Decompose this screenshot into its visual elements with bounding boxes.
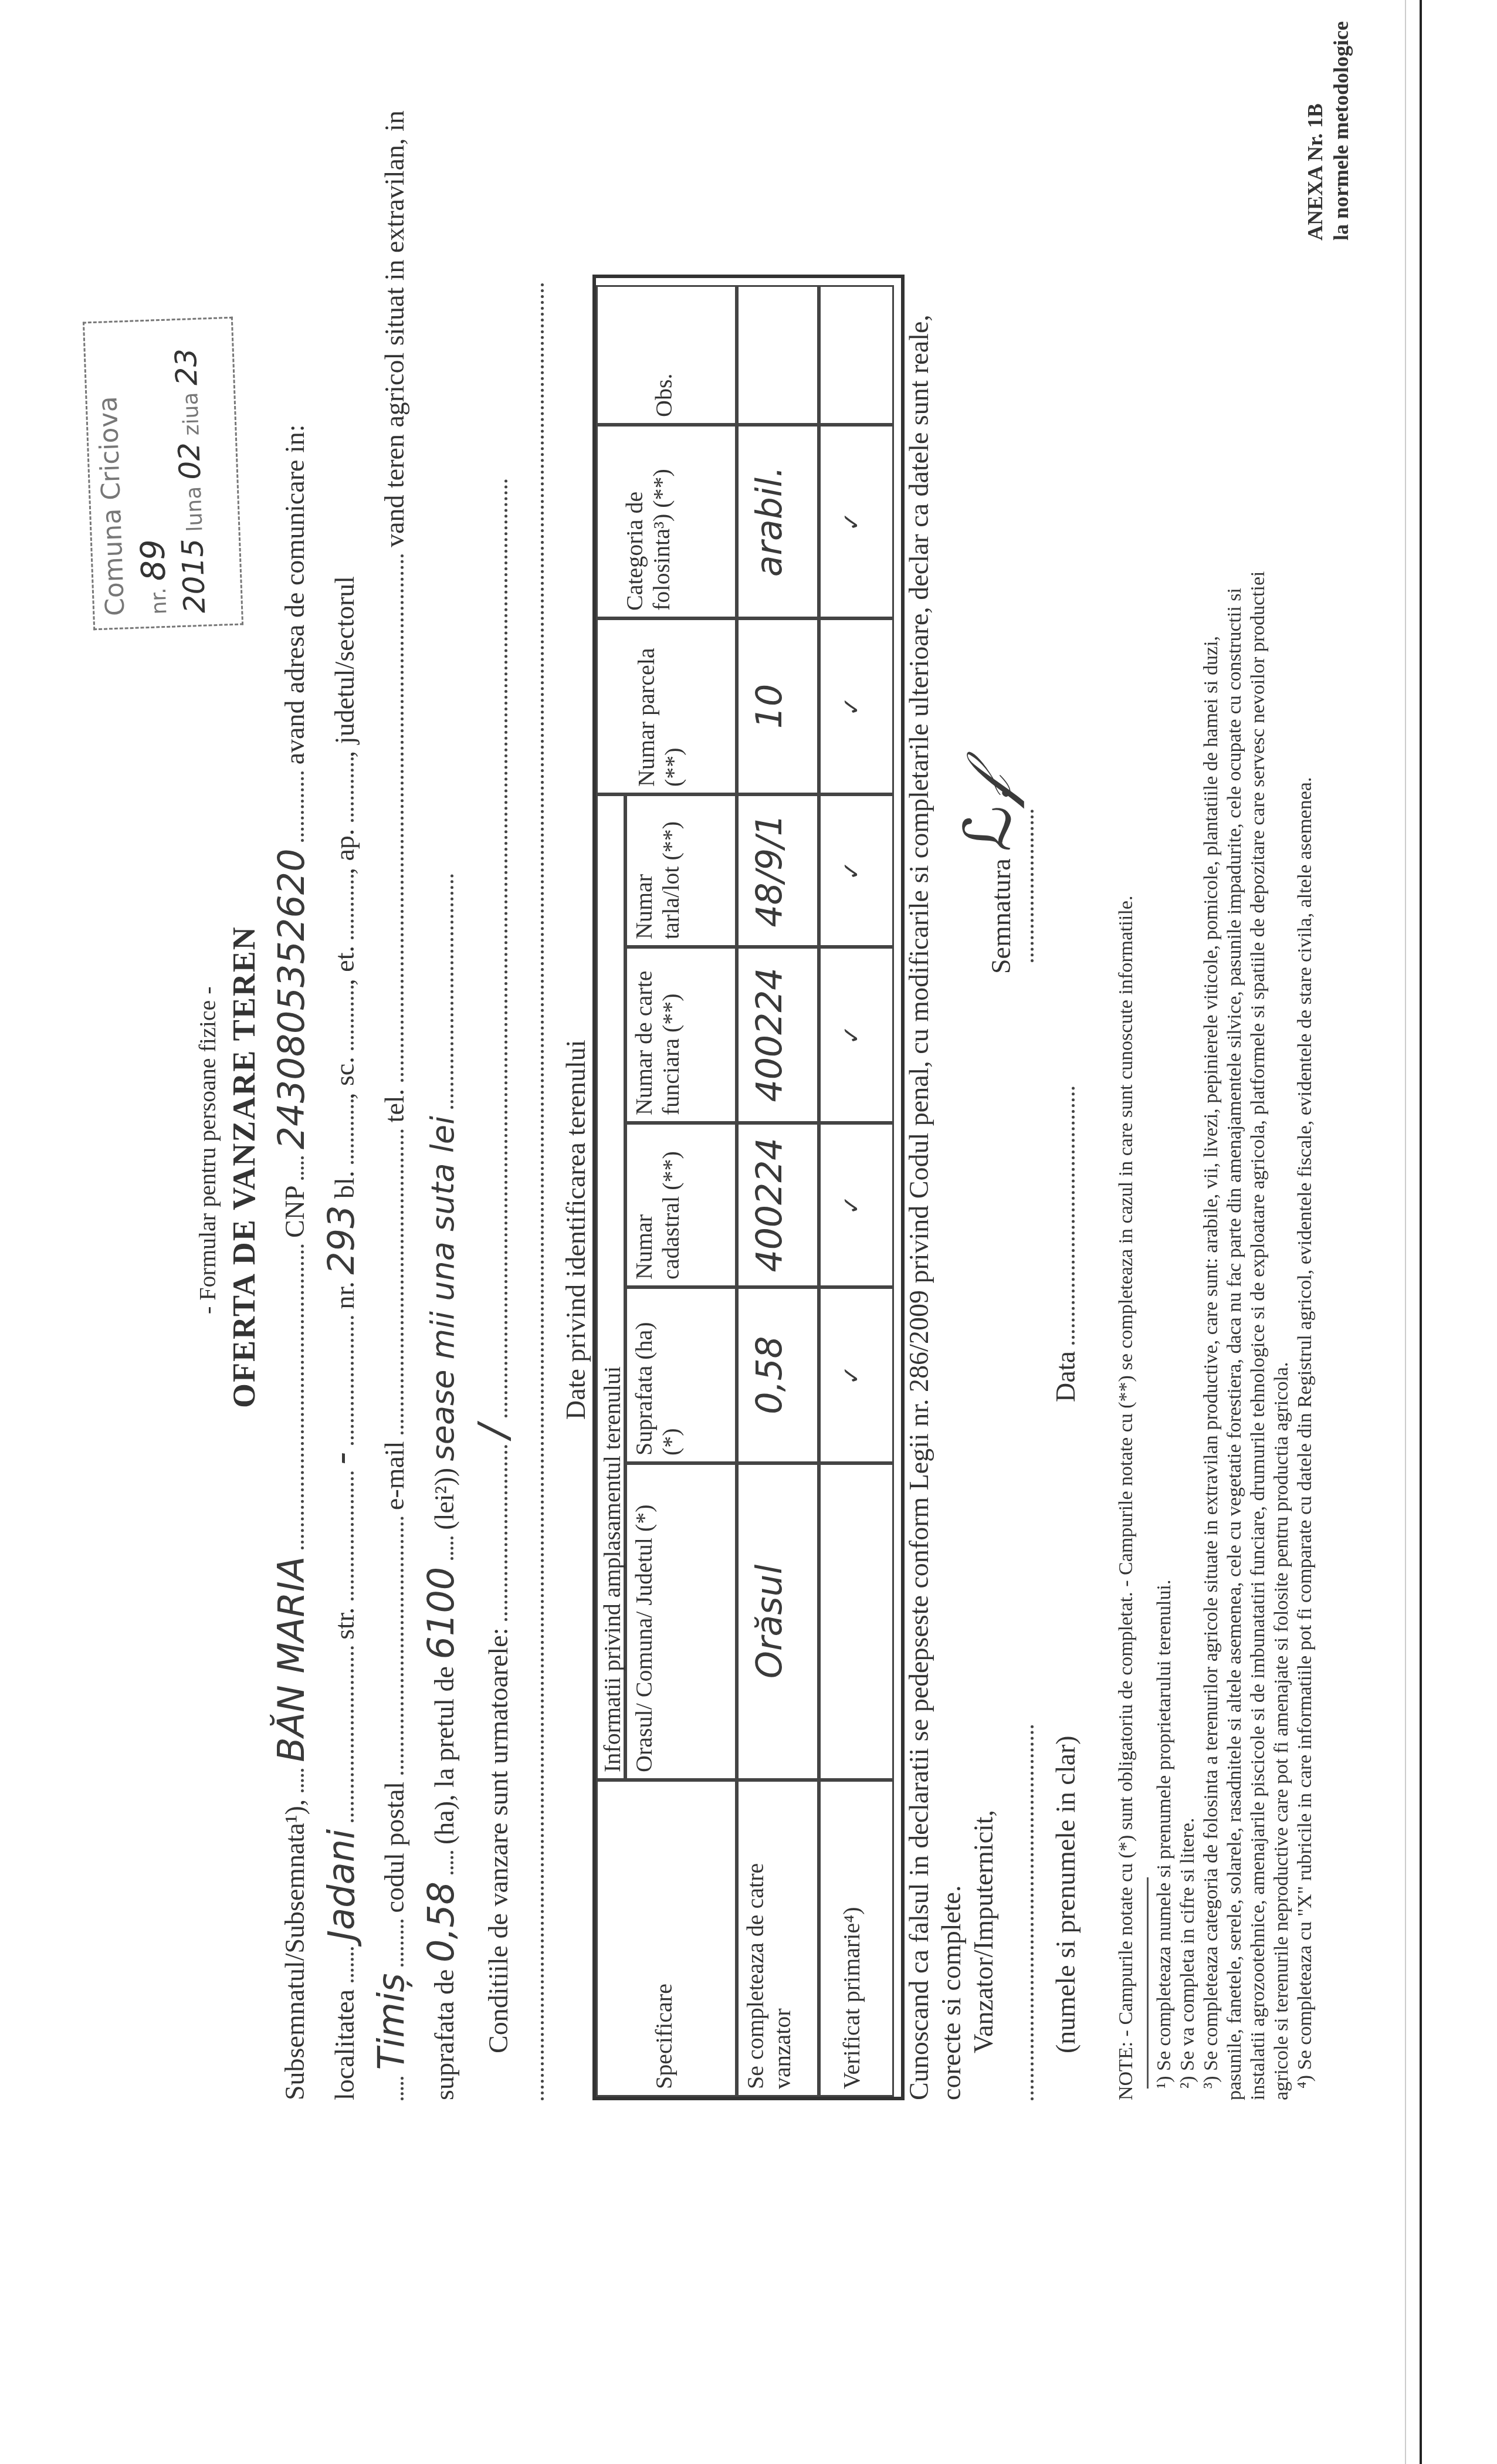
data-label: Data (1051, 1351, 1081, 1402)
footnote-4: ⁴) Se completeaza cu "X" rubricile in ca… (1293, 777, 1317, 2089)
annex-header: ANEXA Nr. 1B la normele metodologice (1302, 21, 1354, 241)
header-carte-funciara: Numar de carte funciara (**) (625, 947, 737, 1123)
stamp-nr-label: nr. (147, 587, 172, 615)
registration-stamp: Comuna Criciova nr. 89 2015 luna 02 ziua… (83, 317, 243, 631)
land-identification-table: Specificare Informatii privind amplasame… (592, 275, 905, 2100)
semnatura-line[interactable] (1009, 810, 1040, 962)
form-line-contact: Timiș codul postal e-mail tel. vand tere… (370, 110, 412, 2100)
scan-edge-line (1420, 0, 1422, 2464)
cell-cadastral[interactable]: 400224 (737, 1123, 819, 1287)
conditii-extra-line[interactable] (519, 282, 550, 2100)
localitatea-label: localitatea (330, 1989, 360, 2100)
cell-tarla[interactable]: 48/9/1 (737, 794, 819, 947)
form-title: OFERTA DE VANZARE TEREN (226, 926, 262, 1408)
data-area: Data (1050, 1087, 1081, 1402)
cell-parcela-verificat[interactable]: ✓ (819, 618, 894, 794)
adresa-label: avand adresa de comunicare in: (280, 424, 310, 764)
header-suprafata: Suprafata (ha) (*) (625, 1287, 737, 1463)
footnote-3a: ³) Se completeaza categoria de folosinta… (1200, 636, 1223, 2089)
cod-postal-label: codul postal (380, 1782, 409, 1913)
scanned-document-page: ANEXA Nr. 1B la normele metodologice Com… (0, 0, 1497, 2464)
email-label: e-mail (380, 1441, 409, 1510)
header-specificare: Specificare (596, 1780, 737, 2097)
et-label: et. (330, 946, 360, 972)
lei-label: (lei²)) (429, 1468, 459, 1530)
seller-name-field[interactable]: BĂN MARIA (270, 1556, 313, 1762)
header-group-amplasament: Informatii privind amplasamentul terenul… (596, 794, 625, 1780)
footnote-3d: agricole si terenurile neproductive care… (1270, 1362, 1293, 2100)
header-categoria: Categoria de folosinta³) (**) (596, 425, 737, 618)
stamp-ziua: 23 (169, 348, 204, 387)
cell-obs[interactable] (737, 285, 819, 425)
subsemnatul-label: Subsemnatul/Subsemnata¹), (280, 1799, 310, 2100)
cell-parcela[interactable]: 10 (737, 618, 819, 794)
vand-label: vand teren agricol situat in extravilan,… (380, 110, 409, 547)
ap-label: ap. (330, 829, 360, 861)
vanzator-label: Vanzator/Imputernicit, (968, 1810, 999, 2053)
cell-suprafata-verificat[interactable]: ✓ (819, 1287, 894, 1463)
form-line-address: localitatea Jadani str. - nr. 293 bl. , … (320, 576, 363, 2100)
sc-label: sc. (330, 1057, 360, 1086)
scan-edge-line-light (1405, 0, 1406, 2464)
str-field[interactable]: - (320, 1452, 363, 1465)
cnp-label: CNP (280, 1186, 310, 1238)
annex-subtitle: la normele metodologice (1328, 21, 1354, 241)
header-tarla: Numar tarla/lot (**) (625, 794, 737, 947)
form-subtitle: - Formular pentru persoane fizice - (194, 986, 221, 1314)
footnote-1: ¹) Se completeaza numele si prenumele pr… (1153, 1580, 1176, 2089)
footnote-2: ²) Se va completa in cifre si litere. (1176, 1818, 1200, 2089)
bl-label: bl. (330, 1171, 360, 1199)
notes-line: NOTE: - Campurile notate cu (*) sunt obl… (1115, 896, 1138, 2100)
cell-categoria-verificat[interactable]: ✓ (819, 425, 894, 618)
cell-obs-verificat[interactable] (819, 285, 894, 425)
form-line-name: Subsemnatul/Subsemnata¹), BĂN MARIA CNP … (270, 424, 313, 2100)
cell-suprafata[interactable]: 0,58 (737, 1287, 819, 1463)
vanzator-name-line[interactable] (1009, 1725, 1040, 2100)
pret-field[interactable]: 6100 (419, 1567, 462, 1660)
suprafata-label: suprafata de (429, 1969, 459, 2101)
str-label: str. (330, 1607, 360, 1640)
footnote-3b: pasunile, fanetele, serele, solarele, ra… (1223, 588, 1247, 2100)
cell-oras-verificat[interactable] (819, 1463, 894, 1780)
conditii-label: Conditiile de vanzare sunt urmatoarele: (483, 1627, 513, 2053)
declaration-line2: corecte si complete. (936, 1885, 967, 2100)
footnote-separator (1147, 1877, 1149, 2089)
header-cadastral: Numar cadastral (**) (625, 1123, 737, 1287)
form-line-price: suprafata de 0,58 (ha), la pretul de 610… (419, 874, 462, 2100)
form-line-conditions: Conditiile de vanzare sunt urmatoarele: … (469, 479, 517, 2053)
row-primarie-label: Verificat primarie⁴) (819, 1780, 894, 2097)
pret-words-field[interactable]: sease mii una suta lei (424, 1116, 461, 1461)
suprafata-field[interactable]: 0,58 (419, 1881, 462, 1962)
judet-field[interactable]: Timiș (370, 1973, 412, 2070)
stamp-luna-label: luna (182, 486, 208, 532)
cell-cadastral-verificat[interactable]: ✓ (819, 1123, 894, 1287)
tel-label: tel. (380, 1089, 409, 1122)
header-obs: Obs. (596, 285, 737, 425)
stamp-year: 2015 (175, 538, 212, 614)
table-title: Date privind identificarea terenului (560, 1040, 591, 1420)
judet-label: judetul/sectorul (330, 576, 360, 744)
annex-number: ANEXA Nr. 1B (1302, 21, 1328, 241)
stamp-nr-value: 89 (134, 539, 173, 581)
cell-carte-verificat[interactable]: ✓ (819, 947, 894, 1123)
footnote-3c: instalatii agrozootehnice, amenajarile p… (1247, 571, 1270, 2100)
stamp-luna: 02 (172, 442, 207, 480)
row-vanzator-label: Se completeaza de catre vanzator (737, 1780, 819, 2097)
header-oras: Orasul/ Comuna/ Judetul (*) (625, 1463, 737, 1780)
declaration-line1: Cunoscand ca falsul in declaratii se ped… (903, 314, 934, 2100)
cell-tarla-verificat[interactable]: ✓ (819, 794, 894, 947)
nr-field[interactable]: 293 (320, 1205, 363, 1274)
cell-categoria[interactable]: arabil. (737, 425, 819, 618)
nume-label: (numele si prenumele in clar) (1050, 1735, 1081, 2053)
ha-label: (ha), la pretul de (429, 1666, 459, 1844)
cnp-field[interactable]: 2430805352620 (270, 848, 313, 1149)
conditii-field[interactable]: / (469, 1424, 517, 1439)
localitatea-field[interactable]: Jadani (320, 1829, 363, 1941)
header-parcela: Numar parcela (**) (596, 618, 737, 794)
nr-label: nr. (330, 1281, 360, 1309)
cell-oras[interactable]: Orăsul (737, 1463, 819, 1780)
stamp-ziua-label: ziua (178, 392, 204, 436)
cell-carte-funciara[interactable]: 400224 (737, 947, 819, 1123)
